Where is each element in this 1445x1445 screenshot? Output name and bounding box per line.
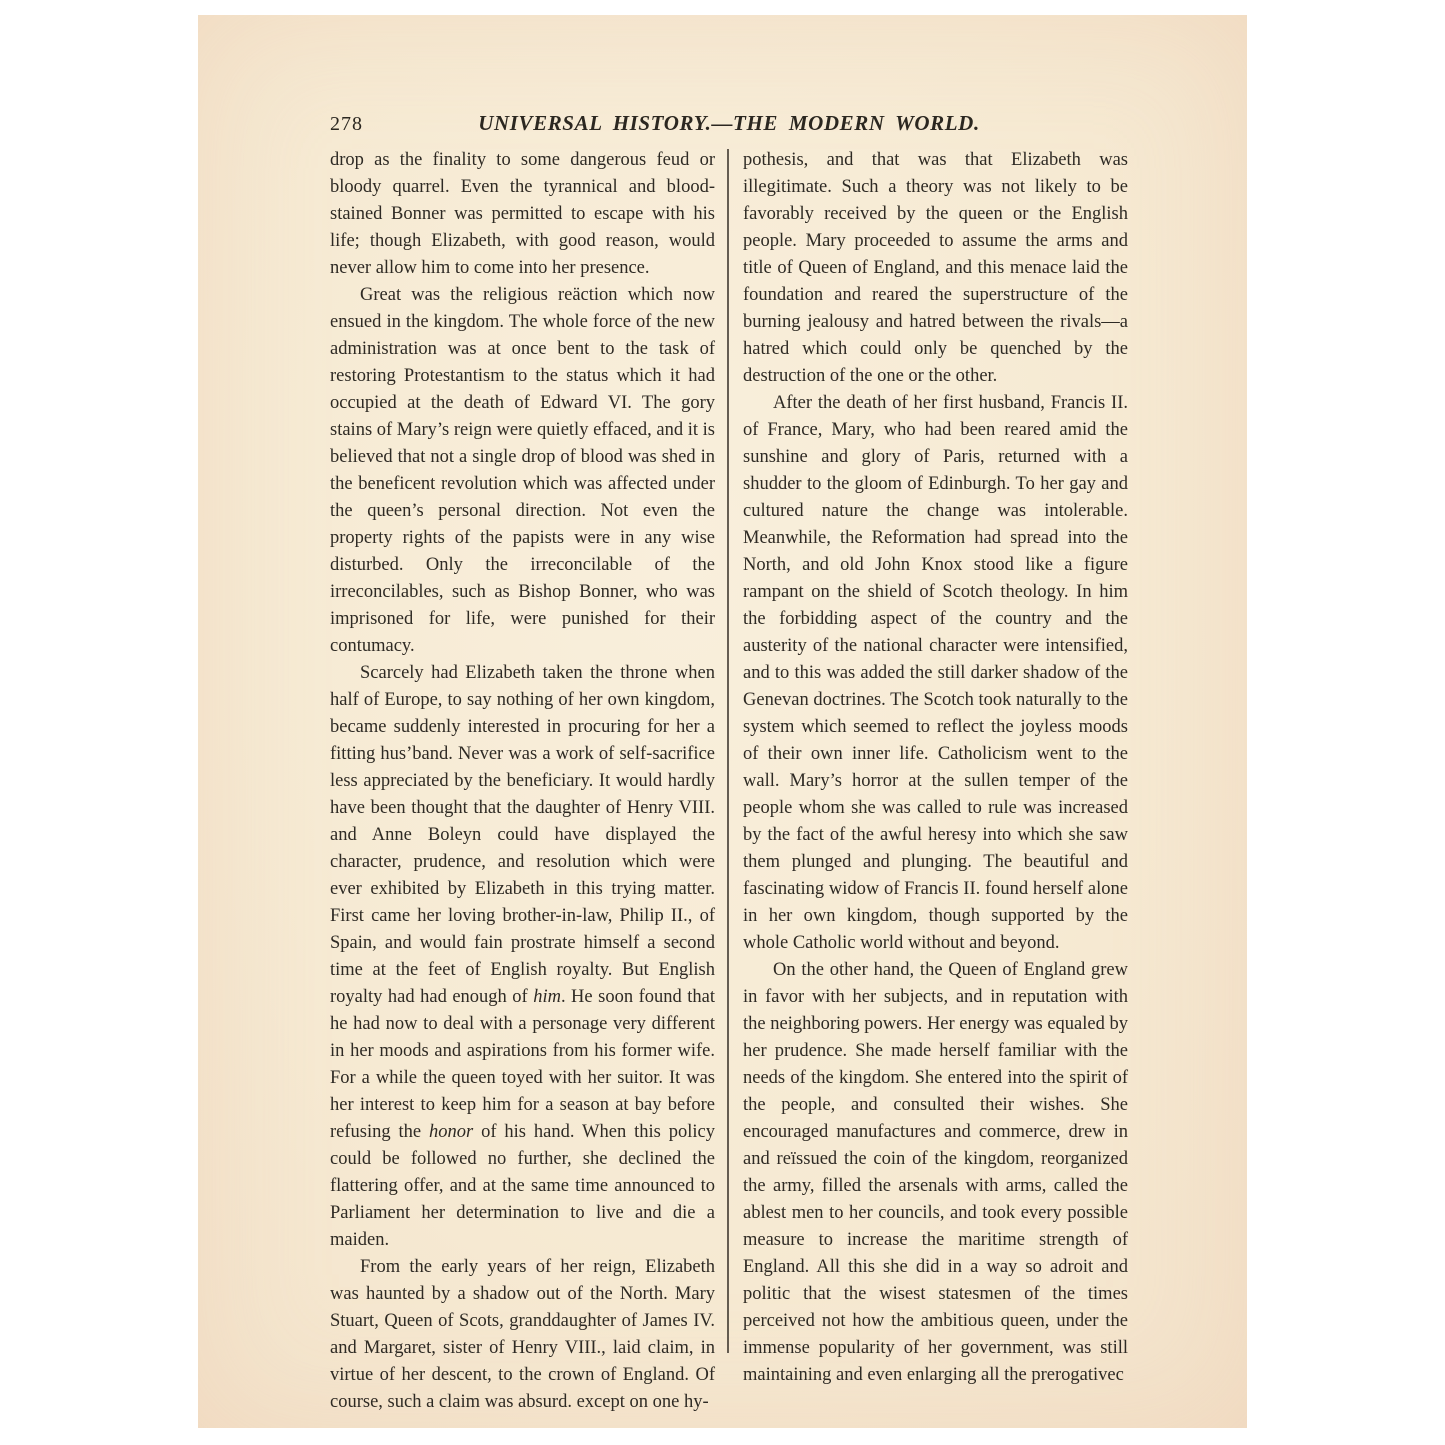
body-text: drop as the finality to some dangerous f… — [330, 150, 715, 278]
body-text: On the other hand, the Queen of England … — [743, 960, 1128, 1385]
body-text: Great was the religious reäction which n… — [330, 285, 715, 656]
paragraph: After the death of her first husband, Fr… — [743, 390, 1128, 957]
page-number: 278 — [330, 112, 363, 136]
paragraph: drop as the finality to some dangerous f… — [330, 147, 715, 282]
running-title: UNIVERSAL HISTORY.—THE MODERN WORLD. — [478, 111, 980, 135]
body-text: From the early years of her reign, Eliza… — [330, 1257, 715, 1412]
scan-background: 278 UNIVERSAL HISTORY.—THE MODERN WORLD.… — [0, 0, 1445, 1445]
text-columns: drop as the finality to some dangerous f… — [330, 147, 1128, 1416]
body-text: . He soon found that he had now to deal … — [330, 987, 715, 1142]
paragraph: From the early years of her reign, Eliza… — [330, 1254, 715, 1416]
book-page: 278 UNIVERSAL HISTORY.—THE MODERN WORLD.… — [198, 15, 1247, 1428]
paragraph: On the other hand, the Queen of England … — [743, 957, 1128, 1389]
paragraph: pothesis, and that was that Elizabeth wa… — [743, 147, 1128, 390]
left-column: drop as the finality to some dangerous f… — [330, 147, 715, 1416]
right-column: pothesis, and that was that Elizabeth wa… — [743, 147, 1128, 1416]
paragraph: Scarcely had Elizabeth taken the throne … — [330, 660, 715, 1254]
body-text: After the death of her first husband, Fr… — [743, 393, 1128, 953]
page-header: 278 UNIVERSAL HISTORY.—THE MODERN WORLD. — [330, 111, 1128, 135]
body-text: Scarcely had Elizabeth taken the throne … — [330, 663, 715, 1007]
italic-text: him — [533, 987, 561, 1007]
paragraph: Great was the religious reäction which n… — [330, 282, 715, 660]
body-text: pothesis, and that was that Elizabeth wa… — [743, 150, 1128, 386]
italic-text: honor — [429, 1122, 473, 1142]
